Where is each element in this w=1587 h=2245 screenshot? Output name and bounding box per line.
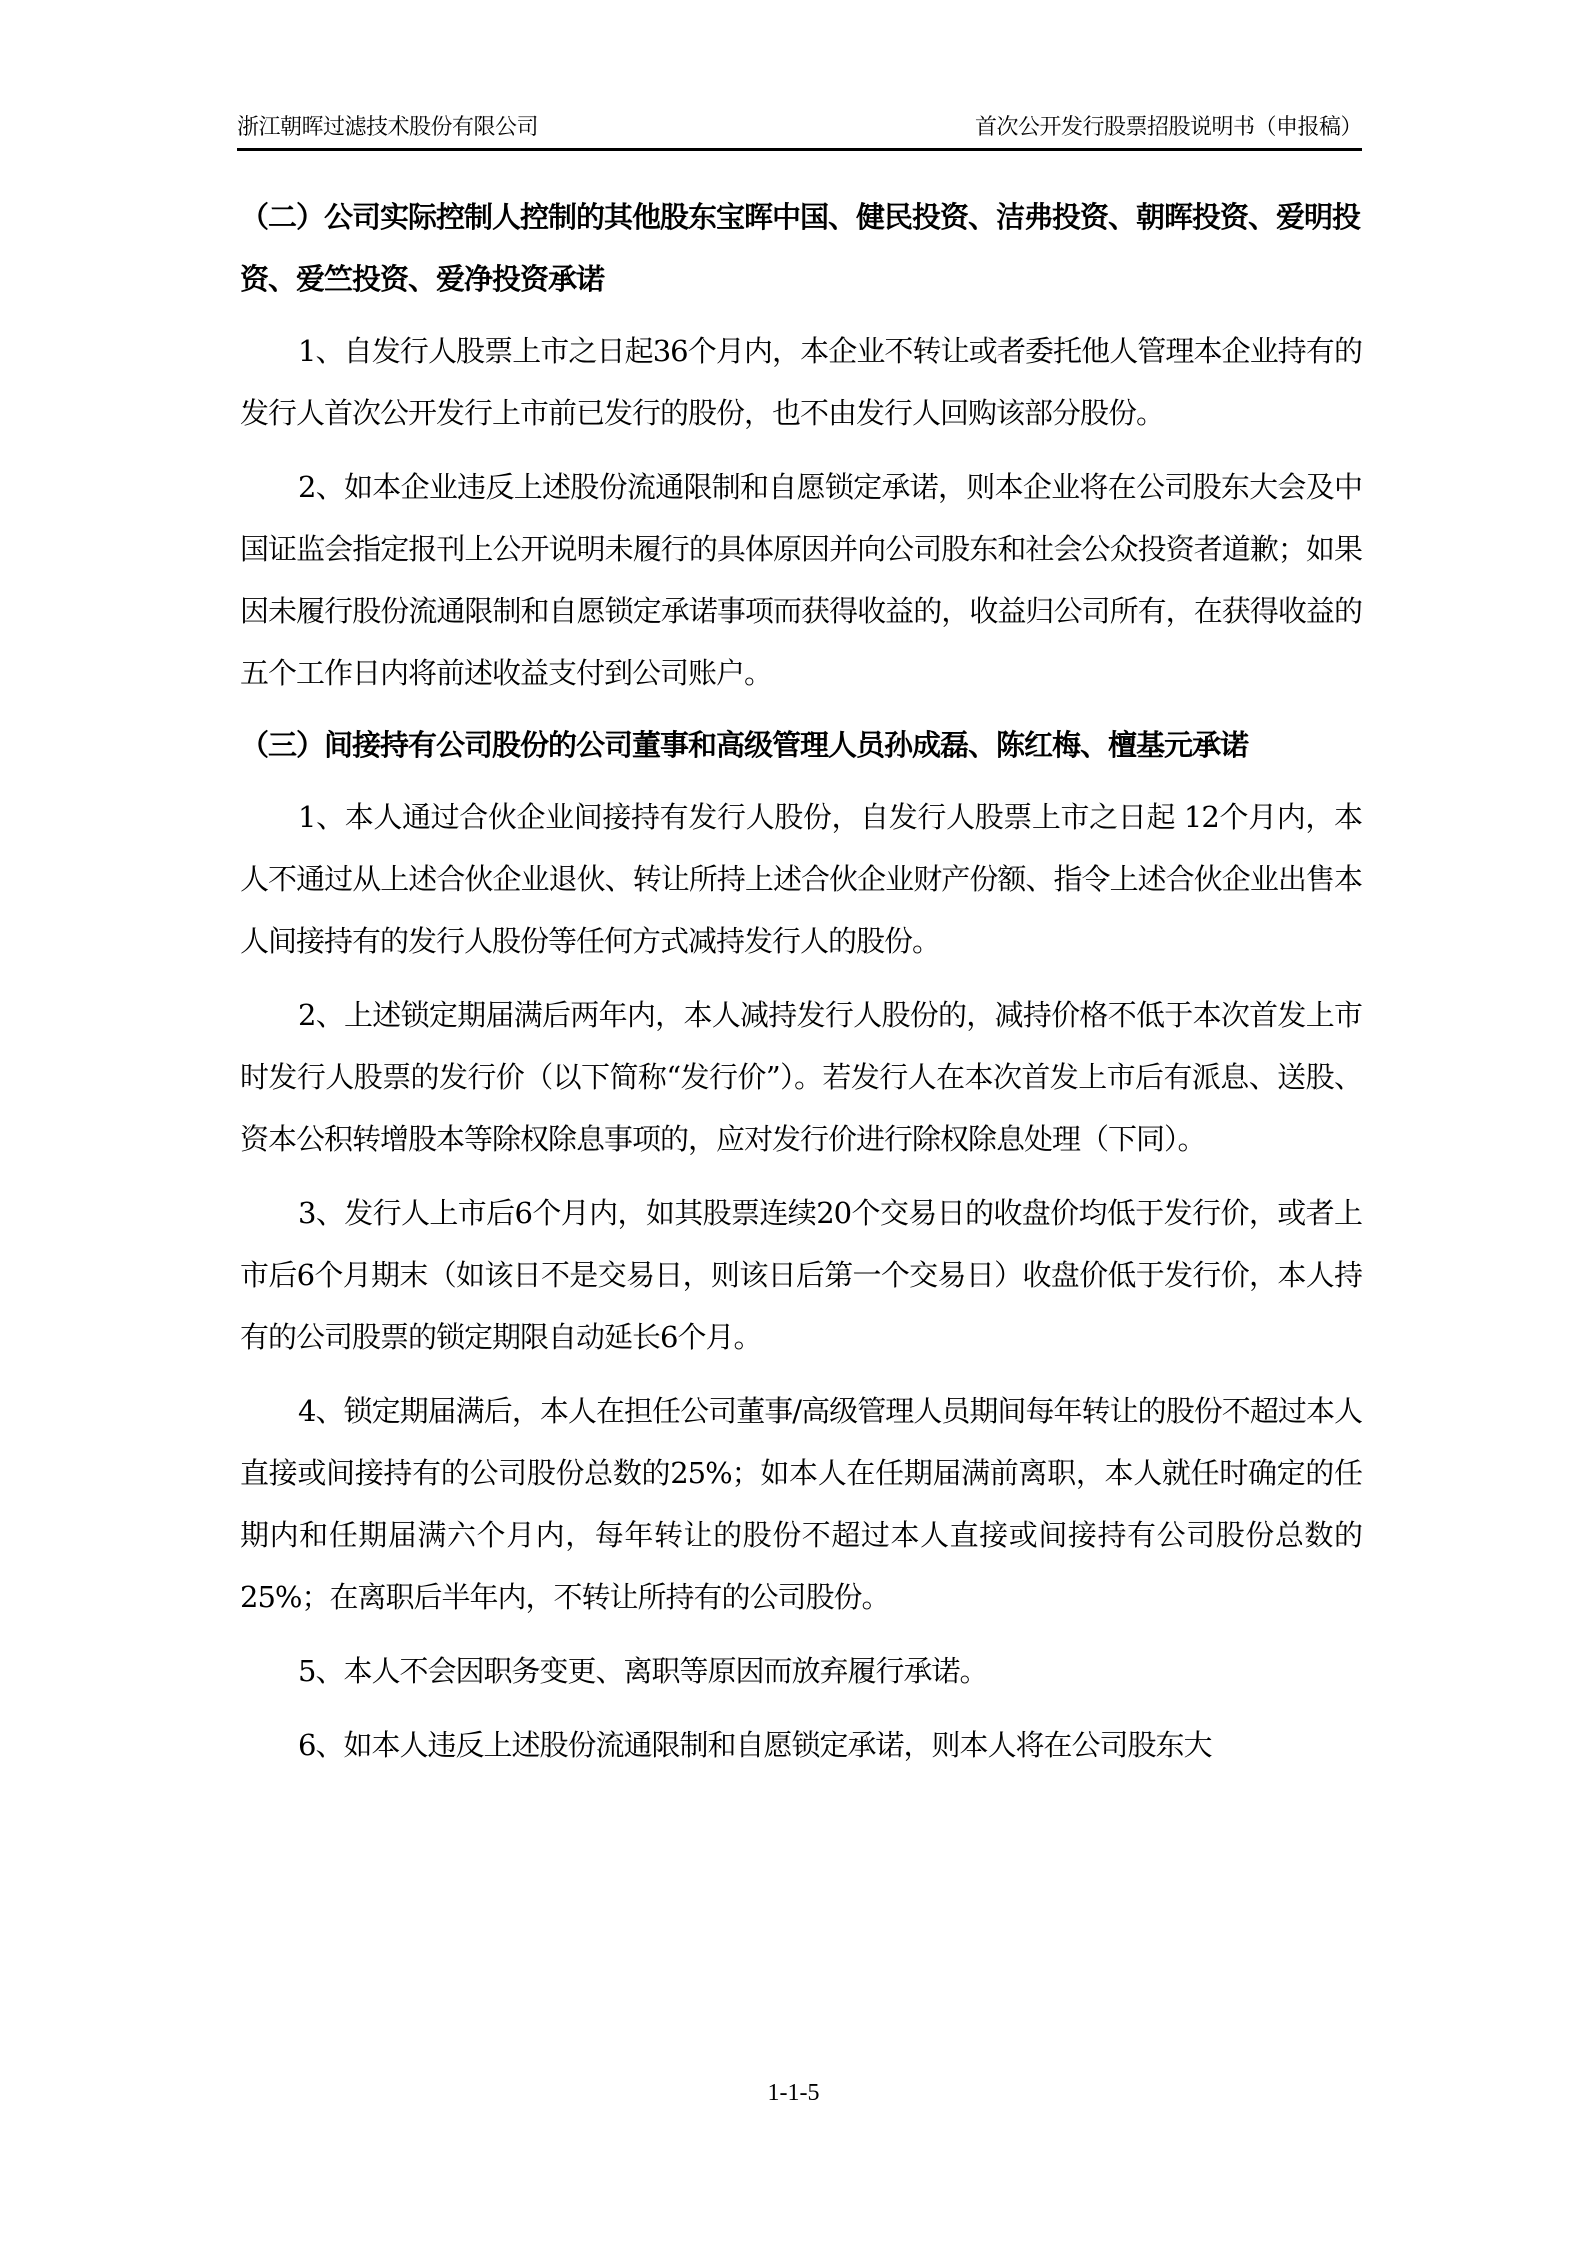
section-heading: （二）公司实际控制人控制的其他股东宝晖中国、健民投资、洁弗投资、朝晖投资、爱明投… [240, 186, 1362, 310]
paragraph: 6、如本人违反上述股份流通限制和自愿锁定承诺，则本人将在公司股东大 [240, 1714, 1362, 1776]
section-2: （二）公司实际控制人控制的其他股东宝晖中国、健民投资、洁弗投资、朝晖投资、爱明投… [240, 186, 1362, 704]
header-company-name: 浙江朝晖过滤技术股份有限公司 [237, 114, 538, 142]
section-3: （三）间接持有公司股份的公司董事和高级管理人员孙成磊、陈红梅、檀基元承诺 1、本… [240, 714, 1362, 1776]
page-number: 1-1-5 [0, 2080, 1587, 2107]
section-heading: （三）间接持有公司股份的公司董事和高级管理人员孙成磊、陈红梅、檀基元承诺 [240, 714, 1362, 776]
page-header: 浙江朝晖过滤技术股份有限公司 首次公开发行股票招股说明书（申报稿） [237, 108, 1362, 151]
paragraph: 5、本人不会因职务变更、离职等原因而放弃履行承诺。 [240, 1640, 1362, 1702]
paragraph: 2、如本企业违反上述股份流通限制和自愿锁定承诺，则本企业将在公司股东大会及中国证… [240, 456, 1362, 704]
paragraph: 1、自发行人股票上市之日起36个月内，本企业不转让或者委托他人管理本企业持有的发… [240, 320, 1362, 444]
paragraph: 2、上述锁定期届满后两年内，本人减持发行人股份的，减持价格不低于本次首发上市时发… [240, 984, 1362, 1170]
document-body: （二）公司实际控制人控制的其他股东宝晖中国、健民投资、洁弗投资、朝晖投资、爱明投… [240, 186, 1362, 1776]
paragraph: 3、发行人上市后6个月内，如其股票连续20个交易日的收盘价均低于发行价，或者上市… [240, 1182, 1362, 1368]
header-document-title: 首次公开发行股票招股说明书（申报稿） [975, 114, 1362, 142]
paragraph: 1、本人通过合伙企业间接持有发行人股份，自发行人股票上市之日起 12个月内，本人… [240, 786, 1362, 972]
paragraph: 4、锁定期届满后，本人在担任公司董事/高级管理人员期间每年转让的股份不超过本人直… [240, 1380, 1362, 1628]
